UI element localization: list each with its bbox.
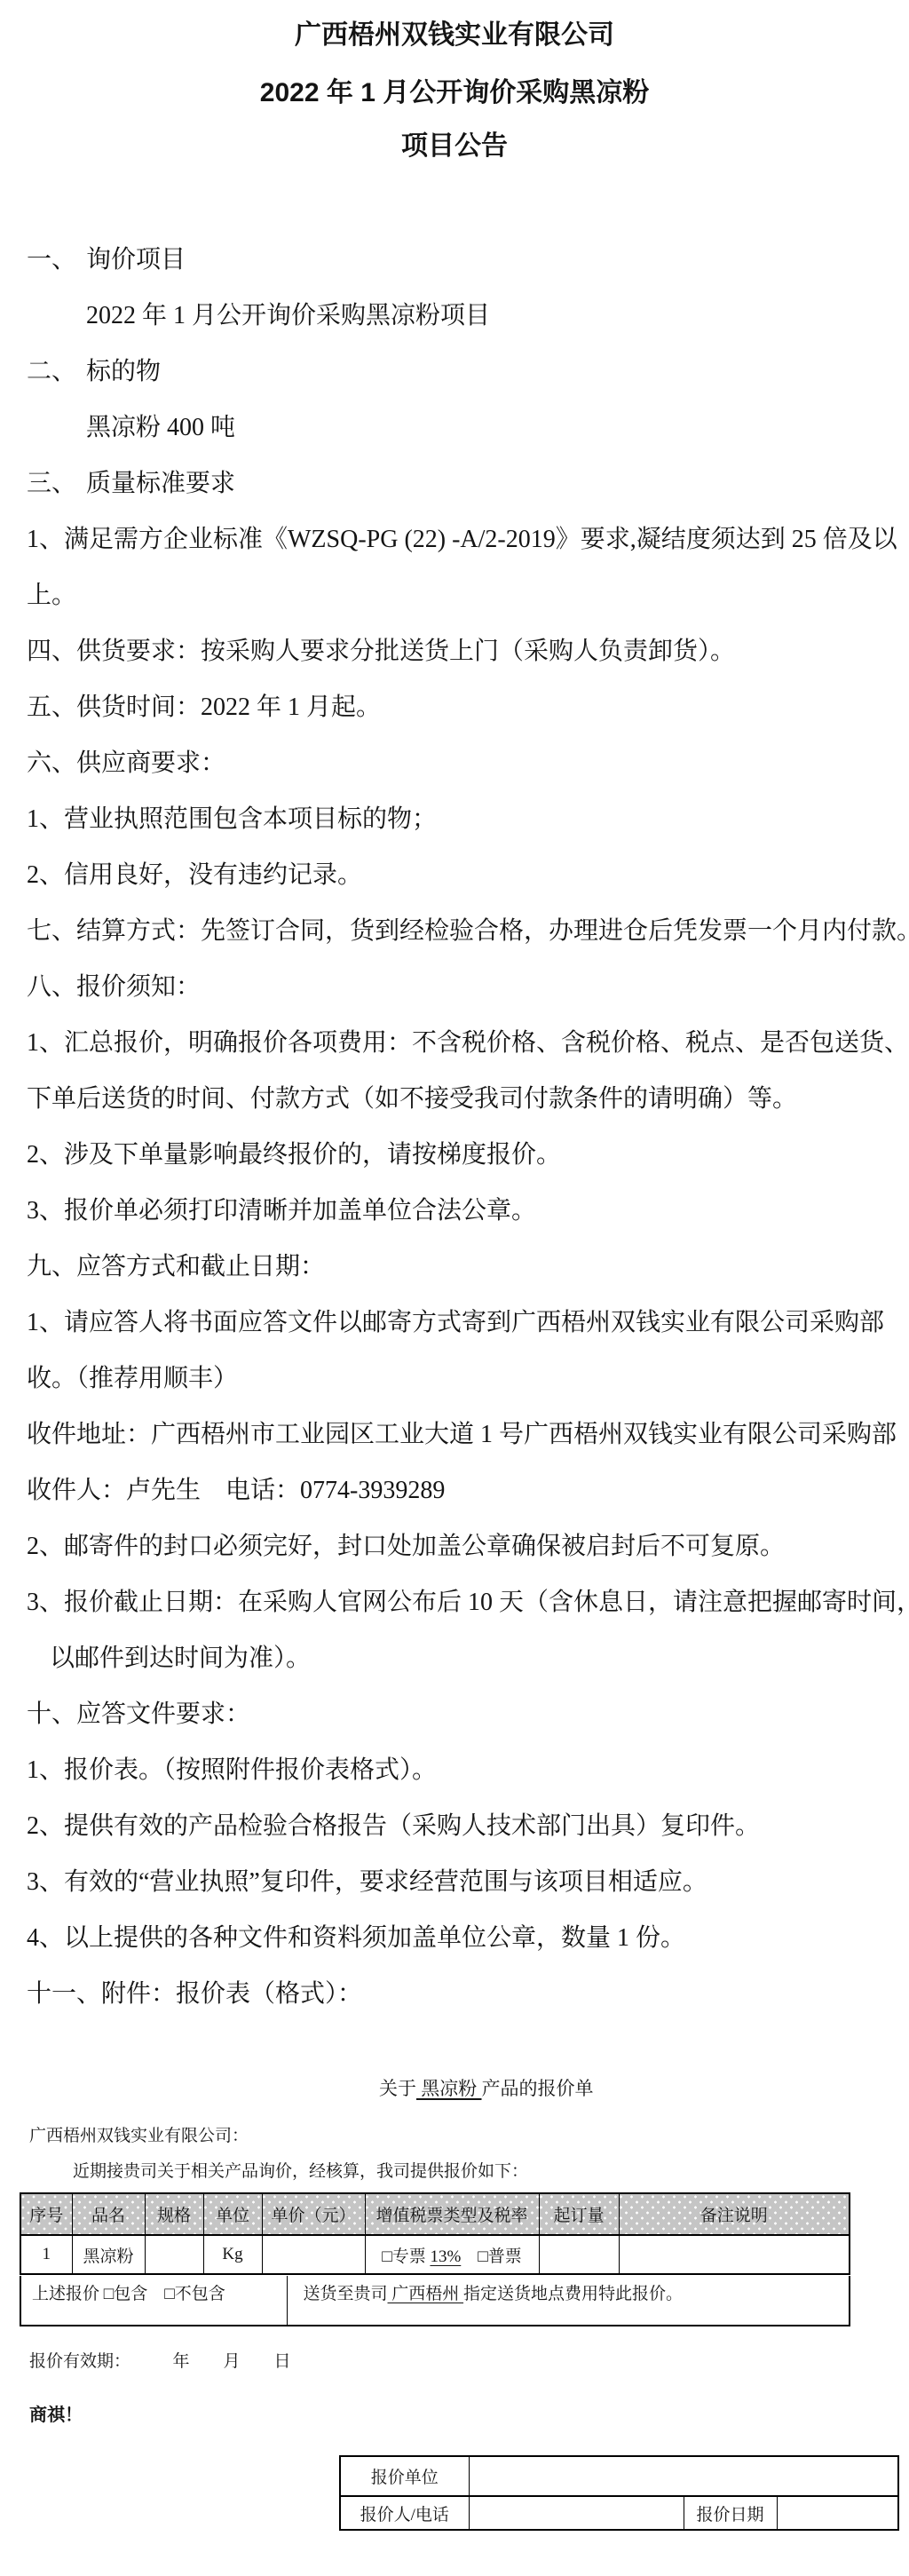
contact-value-cell bbox=[469, 2496, 684, 2530]
exclude-checkbox: □不包含 bbox=[164, 2285, 225, 2303]
doc-title-announcement: 项目公告 bbox=[0, 132, 909, 161]
doc-line: 以邮件到达时间为准）。 bbox=[27, 1630, 884, 1686]
supplier-label: 报价单位 bbox=[340, 2456, 469, 2496]
doc-line: 4、以上提供的各种文件和资料须加盖单位公章，数量 1 份。 bbox=[27, 1910, 884, 1966]
doc-line: 上。 bbox=[27, 567, 884, 623]
cell-unit-price bbox=[262, 2235, 365, 2274]
doc-title-project: 2022 年 1 月公开询价采购黑凉粉 bbox=[0, 79, 909, 107]
doc-line: 下单后送货的时间、付款方式（如不接受我司付款条件的请明确）等。 bbox=[27, 1071, 884, 1127]
doc-line: 2022 年 1 月公开询价采购黑凉粉项目 bbox=[27, 288, 884, 344]
delivery-place-underlined: 广西梧州 bbox=[388, 2285, 464, 2303]
doc-line: 3、报价截止日期：在采购人官网公布后 10 天（含休息日，请注意把握邮寄时间， bbox=[27, 1574, 884, 1630]
doc-line: 1、报价表。（按照附件报价表格式）。 bbox=[27, 1742, 884, 1798]
cell-moq bbox=[539, 2235, 619, 2274]
doc-line: 2、涉及下单量影响最终报价的，请按梯度报价。 bbox=[27, 1127, 884, 1183]
header-remarks: 备注说明 bbox=[619, 2193, 850, 2235]
doc-line: 2、提供有效的产品检验合格报告（采购人技术部门出具）复印件。 bbox=[27, 1798, 884, 1854]
doc-line: 1、汇总报价，明确报价各项费用：不含税价格、含税价格、税点、是否包送货、 bbox=[27, 1015, 884, 1071]
quotation-table-footer-row: 上述报价 □包含 □不包含 送货至贵司 广西梧州 指定送货地点费用特此报价。 bbox=[20, 2276, 850, 2326]
section-heading: 三、质量标准要求 bbox=[27, 456, 884, 511]
doc-line: 六、供应商要求： bbox=[27, 735, 884, 791]
cell-unit: Kg bbox=[203, 2235, 262, 2274]
doc-line: 黑凉粉 400 吨 bbox=[27, 400, 884, 456]
cell-product: 黑凉粉 bbox=[72, 2235, 145, 2274]
header-seq: 序号 bbox=[20, 2193, 72, 2235]
include-checkbox: □包含 bbox=[104, 2285, 147, 2303]
regards-line: 商祺！ bbox=[29, 2405, 83, 2426]
doc-line: 七、结算方式：先签订合同，货到经检验合格，办理进仓后凭发票一个月内付款。 bbox=[27, 903, 884, 959]
doc-line: 收。（推荐用顺丰） bbox=[27, 1351, 884, 1407]
doc-line: 2、信用良好，没有违约记录。 bbox=[27, 847, 884, 903]
header-spec: 规格 bbox=[145, 2193, 203, 2235]
section-heading: 二、标的物 bbox=[27, 344, 884, 400]
delivery-statement-cell: 送货至贵司 广西梧州 指定送货地点费用特此报价。 bbox=[287, 2276, 850, 2326]
signature-table: 报价单位 报价人/电话 报价日期 bbox=[339, 2455, 899, 2531]
header-product: 品名 bbox=[72, 2193, 145, 2235]
header-unit-price: 单价（元） bbox=[262, 2193, 365, 2235]
supplier-value-cell bbox=[469, 2456, 898, 2496]
doc-line: 3、有效的“营业执照”复印件，要求经营范围与该项目相适应。 bbox=[27, 1854, 884, 1910]
quote-date-value-cell bbox=[777, 2496, 898, 2530]
quotation-salutation: 广西梧州双钱实业有限公司： bbox=[29, 2126, 249, 2147]
header-moq: 起订量 bbox=[539, 2193, 619, 2235]
quotation-table-data-row: 1 黑凉粉 Kg □专票 13% □普票 bbox=[20, 2235, 850, 2274]
freight-include-cell: 上述报价 □包含 □不包含 bbox=[20, 2276, 287, 2326]
quotation-table: 序号 品名 规格 单位 单价（元） 增值税票类型及税率 起订量 备注说明 1 黑… bbox=[20, 2192, 850, 2275]
doc-line: 1、请应答人将书面应答文件以邮寄方式寄到广西梧州双钱实业有限公司采购部 bbox=[27, 1295, 884, 1351]
header-vat-type: 增值税票类型及税率 bbox=[365, 2193, 539, 2235]
vat-rate: 13% bbox=[430, 2247, 461, 2266]
doc-line: 2、邮寄件的封口必须完好，封口处加盖公章确保被启封后不可复原。 bbox=[27, 1518, 884, 1574]
cell-spec bbox=[145, 2235, 203, 2274]
quote-validity-line: 报价有效期： 年 月 日 bbox=[29, 2351, 291, 2373]
doc-line: 十一、附件：报价表（格式）： bbox=[27, 1966, 884, 2022]
doc-line: 收件地址：广西梧州市工业园区工业大道 1 号广西梧州双钱实业有限公司采购部 bbox=[27, 1407, 884, 1462]
doc-line: 九、应答方式和截止日期： bbox=[27, 1239, 884, 1295]
section-heading: 一、询价项目 bbox=[27, 232, 884, 288]
cell-vat-type: □专票 13% □普票 bbox=[365, 2235, 539, 2274]
quote-date-label: 报价日期 bbox=[684, 2496, 777, 2530]
doc-line: 八、报价须知： bbox=[27, 959, 884, 1015]
doc-line: 五、供货时间：2022 年 1 月起。 bbox=[27, 679, 884, 735]
doc-line: 1、满足需方企业标准《WZSQ-PG (22) -A/2-2019》要求,凝结度… bbox=[27, 511, 884, 567]
doc-line-phone: 收件人：卢先生 电话：0774-3939289 bbox=[27, 1462, 884, 1518]
doc-title-company: 广西梧州双钱实业有限公司 bbox=[0, 21, 909, 50]
quotation-sheet-title: 关于 黑凉粉 产品的报价单 bbox=[379, 2078, 594, 2099]
doc-line: 十、应答文件要求： bbox=[27, 1686, 884, 1742]
special-invoice-checkbox: □专票 bbox=[382, 2247, 430, 2266]
cell-remarks bbox=[619, 2235, 850, 2274]
doc-line: 四、供货要求：按采购人要求分批送货上门（采购人负责卸货）。 bbox=[27, 623, 884, 679]
quotation-intro: 近期接贵司关于相关产品询价，经核算，我司提供报价如下： bbox=[73, 2161, 528, 2183]
header-unit: 单位 bbox=[203, 2193, 262, 2235]
cell-seq: 1 bbox=[20, 2235, 72, 2274]
doc-line: 1、营业执照范围包含本项目标的物； bbox=[27, 791, 884, 847]
normal-invoice-checkbox: □普票 bbox=[461, 2247, 521, 2266]
document-body: 一、询价项目 2022 年 1 月公开询价采购黑凉粉项目 二、标的物 黑凉粉 4… bbox=[27, 232, 884, 2022]
document-page: 广西梧州双钱实业有限公司 2022 年 1 月公开询价采购黑凉粉 项目公告 一、… bbox=[0, 0, 909, 2576]
product-name-underlined: 黑凉粉 bbox=[416, 2078, 482, 2099]
quotation-table-header-row: 序号 品名 规格 单位 单价（元） 增值税票类型及税率 起订量 备注说明 bbox=[20, 2193, 850, 2235]
doc-line: 3、报价单必须打印清晰并加盖单位合法公章。 bbox=[27, 1183, 884, 1239]
contact-label: 报价人/电话 bbox=[340, 2496, 469, 2530]
